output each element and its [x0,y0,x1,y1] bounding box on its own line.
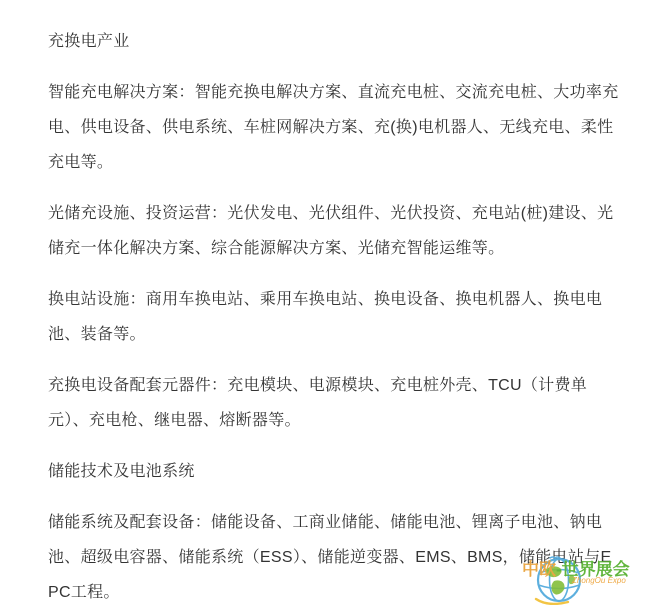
text-line: 储充一体化解决方案、综合能源解决方案、光储充智能运维等。 [48,231,630,266]
text-line: 电、供电设备、供电系统、车桩网解决方案、充(换)电机器人、无线充电、柔性 [48,110,630,145]
paragraph: 换电站设施：商用车换电站、乘用车换电站、换电设备、换电机器人、换电电 池、装备等… [48,282,630,352]
text-line: PC工程。 [48,575,630,609]
text-line: 元）、充电枪、继电器、熔断器等。 [48,403,630,438]
article-content: 充换电产业 智能充电解决方案：智能充换电解决方案、直流充电桩、交流充电桩、大功率… [0,0,660,609]
paragraph: 智能充电解决方案：智能充换电解决方案、直流充电桩、交流充电桩、大功率充 电、供电… [48,75,630,180]
paragraph: 储能系统及配套设备：储能设备、工商业储能、储能电池、锂离子电池、钠电 池、超级电… [48,505,630,609]
text-line: 智能充电解决方案：智能充换电解决方案、直流充电桩、交流充电桩、大功率充 [48,75,630,110]
text-line: 充换电产业 [48,24,630,59]
text-line: 储能技术及电池系统 [48,454,630,489]
text-line: 换电站设施：商用车换电站、乘用车换电站、换电设备、换电机器人、换电电 [48,282,630,317]
text-line: 池、超级电容器、储能系统（ESS）、储能逆变器、EMS、BMS，储能电站与E [48,540,630,575]
text-line: 储能系统及配套设备：储能设备、工商业储能、储能电池、锂离子电池、钠电 [48,505,630,540]
paragraph: 光储充设施、投资运营：光伏发电、光伏组件、光伏投资、充电站(桩)建设、光 储充一… [48,196,630,266]
text-line: 充换电设备配套元器件：充电模块、电源模块、充电桩外壳、TCU（计费单 [48,368,630,403]
section-heading: 储能技术及电池系统 [48,454,630,489]
paragraph: 充换电设备配套元器件：充电模块、电源模块、充电桩外壳、TCU（计费单 元）、充电… [48,368,630,438]
section-heading: 充换电产业 [48,24,630,59]
text-line: 池、装备等。 [48,317,630,352]
text-line: 充电等。 [48,145,630,180]
text-line: 光储充设施、投资运营：光伏发电、光伏组件、光伏投资、充电站(桩)建设、光 [48,196,630,231]
